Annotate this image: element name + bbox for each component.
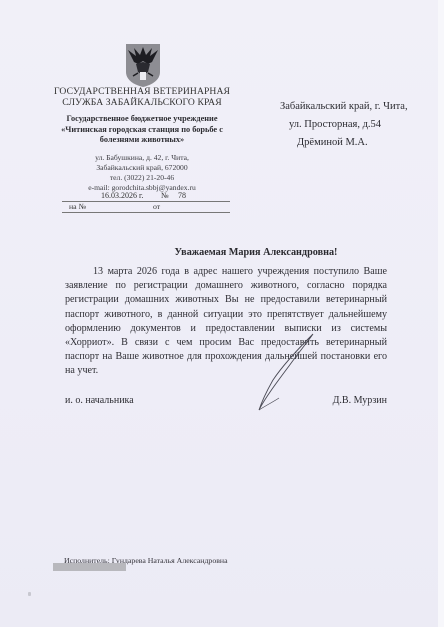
scan-speck [28, 592, 31, 596]
recipient-line: Забайкальский край, г. Чита, [268, 98, 444, 116]
institution-name: Государственное бюджетное учреждение «Чи… [50, 114, 234, 146]
salutation: Уважаемая Мария Александровна! [50, 247, 444, 258]
state-service-name: ГОСУДАРСТВЕННАЯ ВЕТЕРИНАРНАЯ СЛУЖБА ЗАБА… [50, 86, 234, 108]
signatory-name: Д.В. Мурзин [333, 395, 387, 406]
number-label: № [161, 191, 169, 200]
outgoing-number: 78 [178, 191, 186, 200]
recipient-line: ул. Просторная, д.54 [268, 116, 444, 134]
institution-address: ул. Бабушкина, д. 42, г. Чита, Забайкаль… [50, 153, 234, 193]
recipient-block: Забайкальский край, г. Чита, ул. Простор… [268, 98, 444, 152]
outgoing-date: 16.03.2026 г. [101, 191, 143, 200]
letterhead: ГОСУДАРСТВЕННАЯ ВЕТЕРИНАРНАЯ СЛУЖБА ЗАБА… [50, 86, 234, 193]
recipient-line: Дрёминой М.А. [268, 134, 444, 152]
coat-of-arms-icon [122, 42, 164, 88]
scan-edge [438, 0, 444, 627]
redacted-phone [53, 563, 126, 571]
signatory-position: и. о. начальника [65, 395, 134, 406]
letter-body: 13 марта 2026 года в адрес нашего учрежд… [65, 265, 387, 379]
divider [62, 212, 230, 213]
handwritten-signature-icon [255, 332, 315, 412]
ref-number-label: на № [69, 202, 86, 211]
ref-from-label: от [153, 202, 160, 211]
divider [62, 201, 230, 202]
body-paragraph: 13 марта 2026 года в адрес нашего учрежд… [65, 265, 387, 379]
letter-page: ГОСУДАРСТВЕННАЯ ВЕТЕРИНАРНАЯ СЛУЖБА ЗАБА… [0, 0, 444, 627]
